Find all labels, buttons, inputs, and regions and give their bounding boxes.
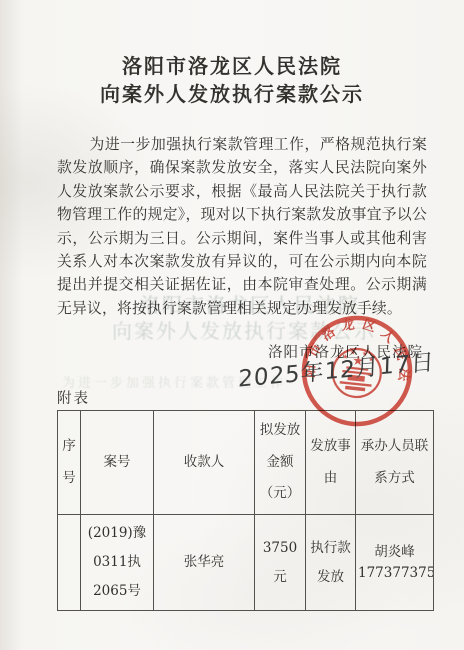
scanned-document-page: 洛阳市洛龙区人民法院 向案外人发放执行案款公示 为进一步加强执行案款管理工作 洛… xyxy=(0,0,464,650)
header-seq: 序号 xyxy=(58,411,81,515)
cell-payee: 张华亮 xyxy=(154,515,255,611)
title-line-court: 洛阳市洛龙区人民法院 xyxy=(0,52,464,80)
document-title: 洛阳市洛龙区人民法院 向案外人发放执行案款公示 xyxy=(0,52,464,108)
header-case-no: 案号 xyxy=(81,411,154,515)
header-reason: 发放事由 xyxy=(306,411,356,515)
cell-case-no: (2019)豫0311执2065号 xyxy=(81,515,154,611)
contact-name: 胡炎峰 xyxy=(358,542,431,563)
cell-seq xyxy=(58,515,81,611)
notice-body-paragraph: 为进一步加强执行案款管理工作，严格规范执行案款发放顺序，确保案款发放安全，落实人… xyxy=(57,133,427,320)
attachment-label: 附表 xyxy=(57,387,90,408)
contact-phone: 17737737523 xyxy=(358,563,431,584)
cell-contact: 胡炎峰 17737737523 xyxy=(356,515,434,611)
title-line-subject: 向案外人发放执行案款公示 xyxy=(0,80,464,108)
header-payee: 收款人 xyxy=(154,411,255,515)
cell-amount: 3750元 xyxy=(255,515,306,611)
case-payment-table: 序号 案号 收款人 拟发放金额（元） 发放事由 承办人员联系方式 (2019)豫… xyxy=(57,410,434,611)
cell-reason: 执行款发放 xyxy=(306,515,356,611)
header-contact: 承办人员联系方式 xyxy=(356,411,434,515)
header-amount: 拟发放金额（元） xyxy=(255,411,306,515)
table-row: (2019)豫0311执2065号 张华亮 3750元 执行款发放 胡炎峰 17… xyxy=(58,515,434,611)
table-header-row: 序号 案号 收款人 拟发放金额（元） 发放事由 承办人员联系方式 xyxy=(58,411,434,515)
